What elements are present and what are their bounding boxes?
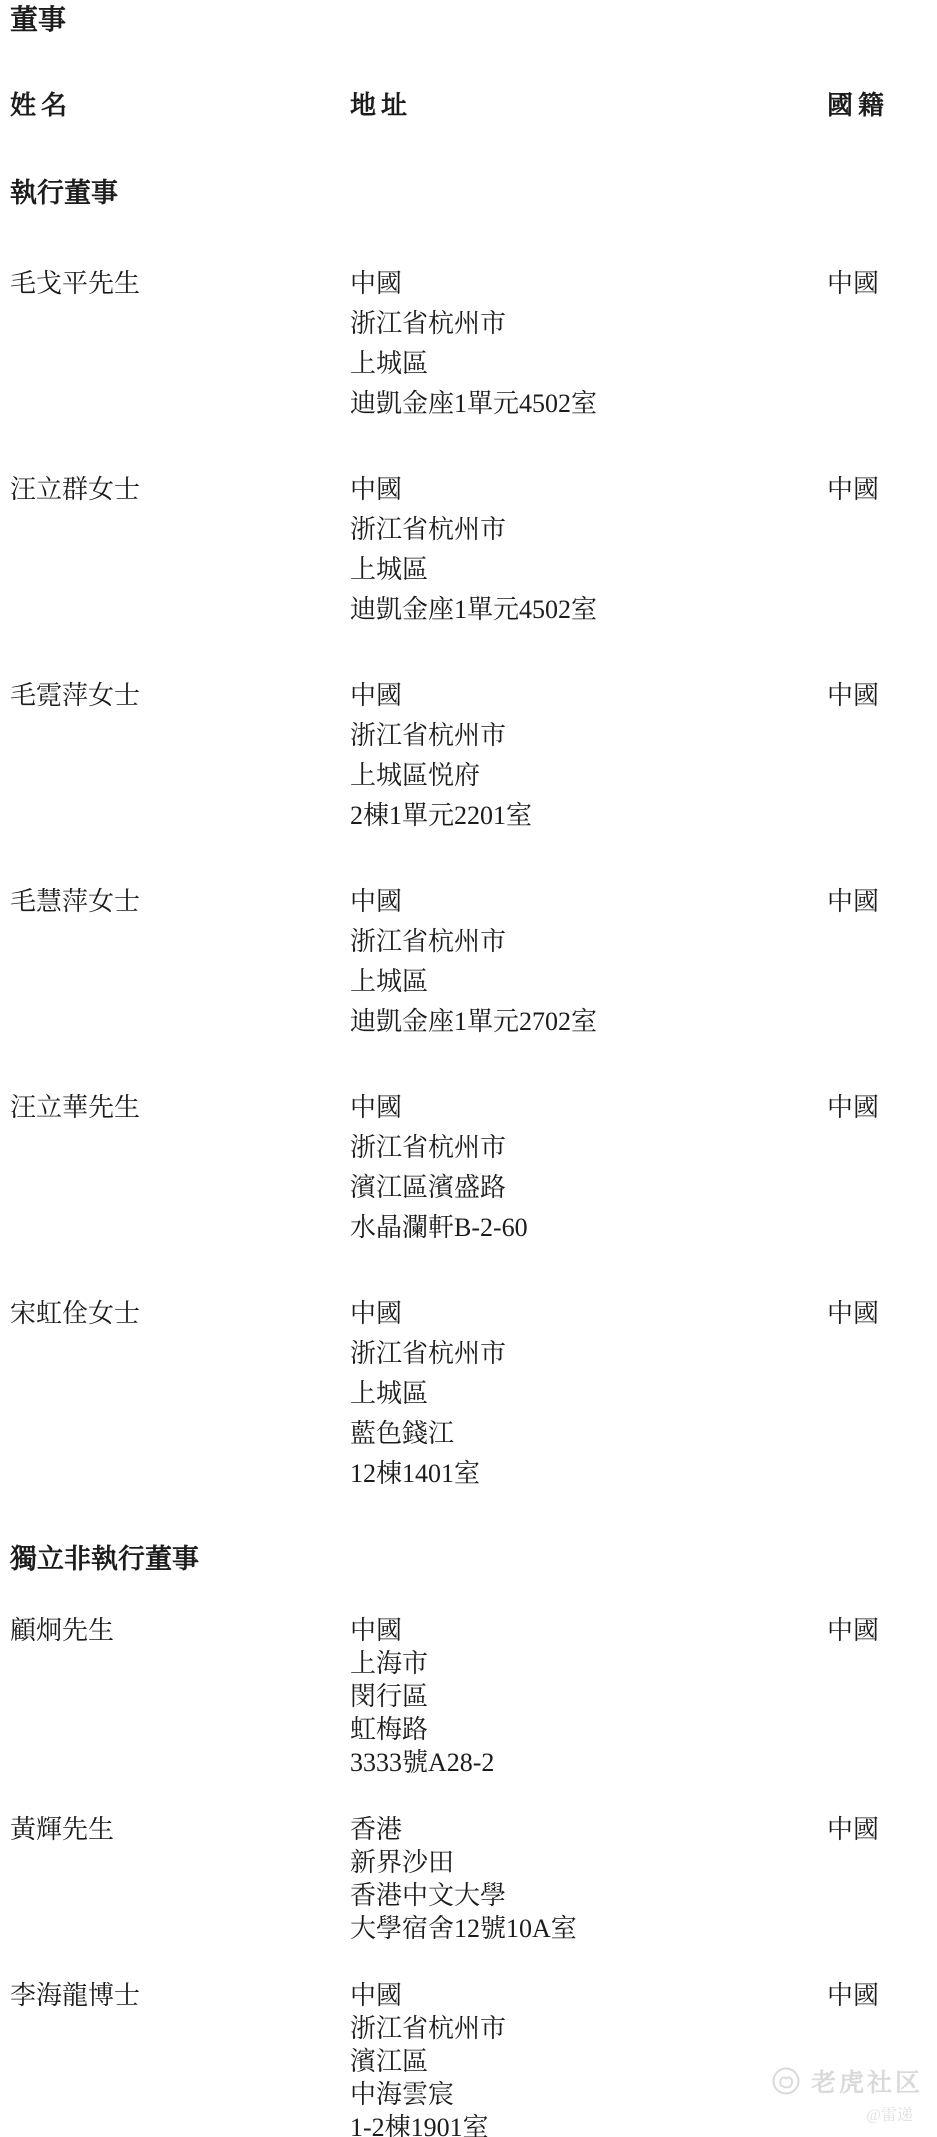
address-line: 浙江省杭州市: [350, 1334, 827, 1374]
address-line: 浙江省杭州市: [350, 2012, 827, 2045]
watermark-brand-label: 老虎社区: [811, 2063, 923, 2099]
section-executive-directors: 執行董事 毛戈平先生 中國 浙江省杭州市 上城區 迪凱金座1單元4502室 中國…: [10, 178, 937, 1494]
address-line: 虹梅路: [350, 1713, 827, 1746]
address-line: 濱江區濱盛路: [350, 1168, 827, 1208]
address-line: 迪凱金座1單元4502室: [350, 384, 827, 424]
section-heading-independent-non-executive-directors: 獨立非執行董事: [10, 1544, 937, 1574]
address-line: 浙江省杭州市: [350, 304, 827, 344]
director-address: 中國 浙江省杭州市 上城區 藍色錢江 12棟1401室: [350, 1294, 827, 1494]
director-name: 汪立華先生: [10, 1088, 350, 1128]
address-line: 水晶瀾軒B-2-60: [350, 1208, 827, 1248]
table-row: 黃輝先生 香港 新界沙田 香港中文大學 大學宿舍12號10A室 中國: [10, 1813, 937, 1945]
address-line: 3333號A28-2: [350, 1746, 827, 1779]
director-address: 中國 上海市 閔行區 虹梅路 3333號A28-2: [350, 1614, 827, 1779]
director-name: 黃輝先生: [10, 1813, 350, 1846]
tiger-doodle-icon: [771, 2066, 801, 2096]
address-line: 浙江省杭州市: [350, 716, 827, 756]
table-row: 毛慧萍女士 中國 浙江省杭州市 上城區 迪凱金座1單元2702室 中國: [10, 882, 937, 1042]
table-row: 宋虹佺女士 中國 浙江省杭州市 上城區 藍色錢江 12棟1401室 中國: [10, 1294, 937, 1494]
director-nationality: 中國: [827, 676, 937, 716]
director-name: 毛慧萍女士: [10, 882, 350, 922]
table-row: 毛霓萍女士 中國 浙江省杭州市 上城區悦府 2棟1單元2201室 中國: [10, 676, 937, 836]
director-name: 顧炯先生: [10, 1614, 350, 1647]
address-line: 2棟1單元2201室: [350, 796, 827, 836]
address-line: 閔行區: [350, 1680, 827, 1713]
director-nationality: 中國: [827, 882, 937, 922]
address-line: 1-2棟1901室: [350, 2111, 827, 2137]
director-name: 毛霓萍女士: [10, 676, 350, 716]
address-line: 中國: [350, 470, 827, 510]
director-nationality: 中國: [827, 1979, 937, 2012]
address-line: 濱江區: [350, 2045, 827, 2078]
table-header-row: 姓名 地址 國籍: [10, 92, 937, 120]
address-line: 迪凱金座1單元4502室: [350, 590, 827, 630]
address-line: 中海雲宸: [350, 2078, 827, 2111]
table-row: 汪立華先生 中國 浙江省杭州市 濱江區濱盛路 水晶瀾軒B-2-60 中國: [10, 1088, 937, 1248]
address-line: 中國: [350, 1979, 827, 2012]
address-line: 上城區悦府: [350, 756, 827, 796]
director-nationality: 中國: [827, 470, 937, 510]
address-line: 中國: [350, 1088, 827, 1128]
address-line: 中國: [350, 1294, 827, 1334]
column-header-nationality: 國籍: [827, 92, 937, 120]
director-nationality: 中國: [827, 1813, 937, 1846]
section-heading-executive-directors: 執行董事: [10, 178, 937, 208]
director-nationality: 中國: [827, 1088, 937, 1128]
director-address: 香港 新界沙田 香港中文大學 大學宿舍12號10A室: [350, 1813, 827, 1945]
director-address: 中國 浙江省杭州市 上城區 迪凱金座1單元4502室: [350, 470, 827, 630]
address-line: 浙江省杭州市: [350, 1128, 827, 1168]
director-address: 中國 浙江省杭州市 上城區 迪凱金座1單元2702室: [350, 882, 827, 1042]
director-address: 中國 浙江省杭州市 濱江區 中海雲宸 1-2棟1901室: [350, 1979, 827, 2137]
page-title: 董事: [10, 6, 937, 36]
address-line: 上城區: [350, 550, 827, 590]
director-nationality: 中國: [827, 1614, 937, 1647]
address-line: 新界沙田: [350, 1846, 827, 1879]
address-line: 中國: [350, 882, 827, 922]
table-row: 顧炯先生 中國 上海市 閔行區 虹梅路 3333號A28-2 中國: [10, 1614, 937, 1779]
address-line: 浙江省杭州市: [350, 510, 827, 550]
director-name: 汪立群女士: [10, 470, 350, 510]
address-line: 迪凱金座1單元2702室: [350, 1002, 827, 1042]
director-address: 中國 浙江省杭州市 上城區悦府 2棟1單元2201室: [350, 676, 827, 836]
column-header-name: 姓名: [10, 92, 350, 120]
director-name: 李海龍博士: [10, 1979, 350, 2012]
director-address: 中國 浙江省杭州市 上城區 迪凱金座1單元4502室: [350, 264, 827, 424]
address-line: 上城區: [350, 1374, 827, 1414]
address-line: 中國: [350, 676, 827, 716]
address-line: 香港: [350, 1813, 827, 1846]
address-line: 大學宿舍12號10A室: [350, 1912, 827, 1945]
watermark-brand: 老虎社区: [771, 2063, 923, 2099]
director-nationality: 中國: [827, 1294, 937, 1334]
address-line: 上城區: [350, 962, 827, 1002]
address-line: 藍色錢江: [350, 1414, 827, 1454]
address-line: 12棟1401室: [350, 1454, 827, 1494]
table-row: 汪立群女士 中國 浙江省杭州市 上城區 迪凱金座1單元4502室 中國: [10, 470, 937, 630]
watermark: 老虎社区 @雷递: [771, 2063, 923, 2125]
director-address: 中國 浙江省杭州市 濱江區濱盛路 水晶瀾軒B-2-60: [350, 1088, 827, 1248]
director-nationality: 中國: [827, 264, 937, 304]
address-line: 上海市: [350, 1647, 827, 1680]
director-name: 宋虹佺女士: [10, 1294, 350, 1334]
address-line: 香港中文大學: [350, 1879, 827, 1912]
section-independent-non-executive-directors: 獨立非執行董事 顧炯先生 中國 上海市 閔行區 虹梅路 3333號A28-2 中…: [10, 1544, 937, 2137]
column-header-address: 地址: [350, 92, 827, 120]
document-page: 董事 姓名 地址 國籍 執行董事 毛戈平先生 中國 浙江省杭州市 上城區 迪凱金…: [0, 0, 937, 2137]
watermark-handle: @雷递: [771, 2102, 923, 2125]
address-line: 上城區: [350, 344, 827, 384]
director-name: 毛戈平先生: [10, 264, 350, 304]
address-line: 中國: [350, 1614, 827, 1647]
address-line: 中國: [350, 264, 827, 304]
table-row: 毛戈平先生 中國 浙江省杭州市 上城區 迪凱金座1單元4502室 中國: [10, 264, 937, 424]
address-line: 浙江省杭州市: [350, 922, 827, 962]
